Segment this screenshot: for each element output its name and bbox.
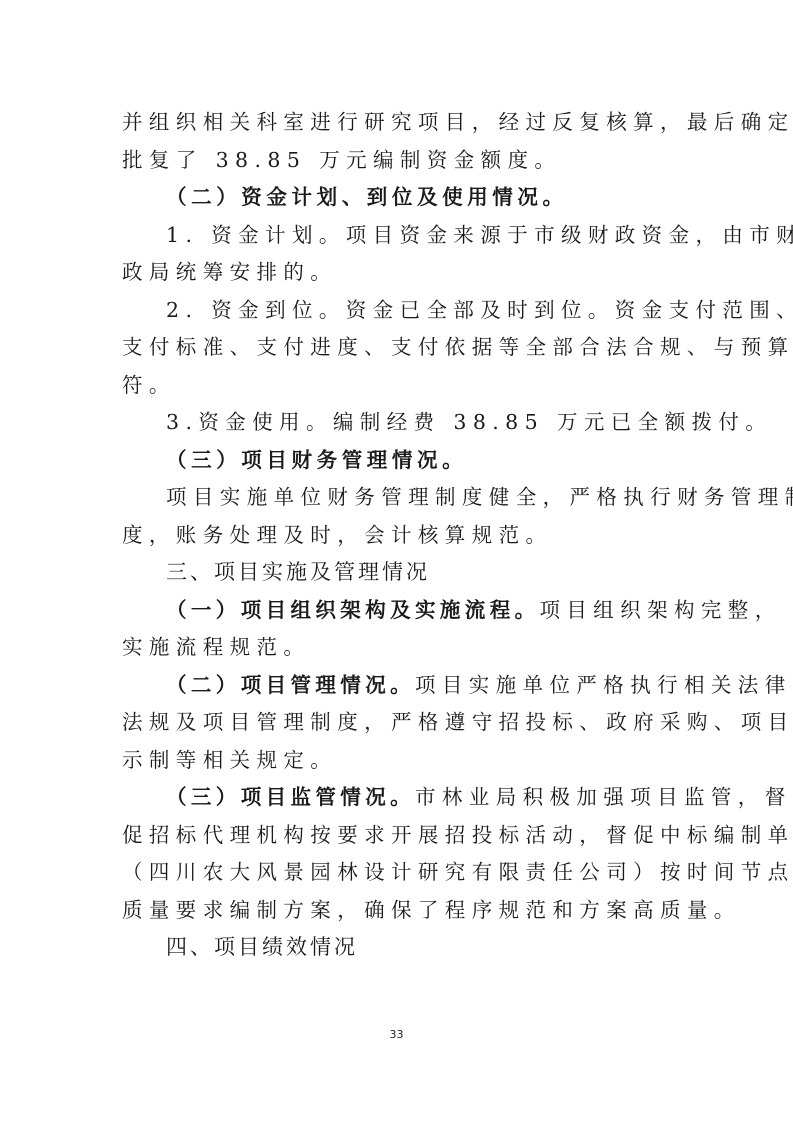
paragraph-line: 2. 资金到位。资金已全部及时到位。资金支付范围、: [122, 292, 672, 330]
paragraph-line: 1. 资金计划。项目资金来源于市级财政资金，由市财: [122, 217, 672, 255]
document-page-body: 并组织相关科室进行研究项目，经过反复核算，最后确定并 批复了 38.85 万元编…: [122, 104, 672, 967]
paragraph-line: 批复了 38.85 万元编制资金额度。: [122, 142, 672, 180]
paragraph-line: 并组织相关科室进行研究项目，经过反复核算，最后确定并: [122, 104, 672, 142]
paragraph-line: 促招标代理机构按要求开展招投标活动，督促中标编制单位: [122, 817, 672, 855]
paragraph-line: （二）项目管理情况。项目实施单位严格执行相关法律: [122, 667, 672, 705]
paragraph-line: 政局统筹安排的。: [122, 254, 672, 292]
paragraph-line: 符。: [122, 367, 672, 405]
paragraph-line: 支付标准、支付进度、支付依据等全部合法合规、与预算相: [122, 329, 672, 367]
paragraph-line: （四川农大风景园林设计研究有限责任公司）按时间节点、: [122, 854, 672, 892]
inline-text: 项目组织架构完整，: [540, 598, 782, 622]
inline-text: 项目实施单位严格执行相关法律: [415, 673, 792, 697]
section-heading-4: 四、项目绩效情况: [122, 929, 672, 967]
inline-text: 市林业局积极加强项目监管，督: [415, 785, 792, 809]
paragraph-line: 度，账务处理及时，会计核算规范。: [122, 517, 672, 555]
paragraph-line: （三）项目监管情况。市林业局积极加强项目监管，督: [122, 779, 672, 817]
inline-heading-org: （一）项目组织架构及实施流程。: [166, 598, 540, 622]
paragraph-line: （一）项目组织架构及实施流程。项目组织架构完整，: [122, 592, 672, 630]
paragraph-line: 实施流程规范。: [122, 629, 672, 667]
section-heading-3: 三、项目实施及管理情况: [122, 554, 672, 592]
subheading-finance: （三）项目财务管理情况。: [122, 442, 672, 480]
paragraph-line: 3.资金使用。编制经费 38.85 万元已全额拨付。: [122, 404, 672, 442]
inline-heading-mgmt: （二）项目管理情况。: [166, 673, 415, 697]
subheading-funds: （二）资金计划、到位及使用情况。: [122, 179, 672, 217]
page-number: 33: [0, 1028, 793, 1041]
paragraph-line: 法规及项目管理制度，严格遵守招投标、政府采购、项目公: [122, 704, 672, 742]
paragraph-line: 示制等相关规定。: [122, 742, 672, 780]
paragraph-line: 项目实施单位财务管理制度健全，严格执行财务管理制: [122, 479, 672, 517]
inline-heading-supervision: （三）项目监管情况。: [166, 785, 415, 809]
paragraph-line: 质量要求编制方案，确保了程序规范和方案高质量。: [122, 892, 672, 930]
